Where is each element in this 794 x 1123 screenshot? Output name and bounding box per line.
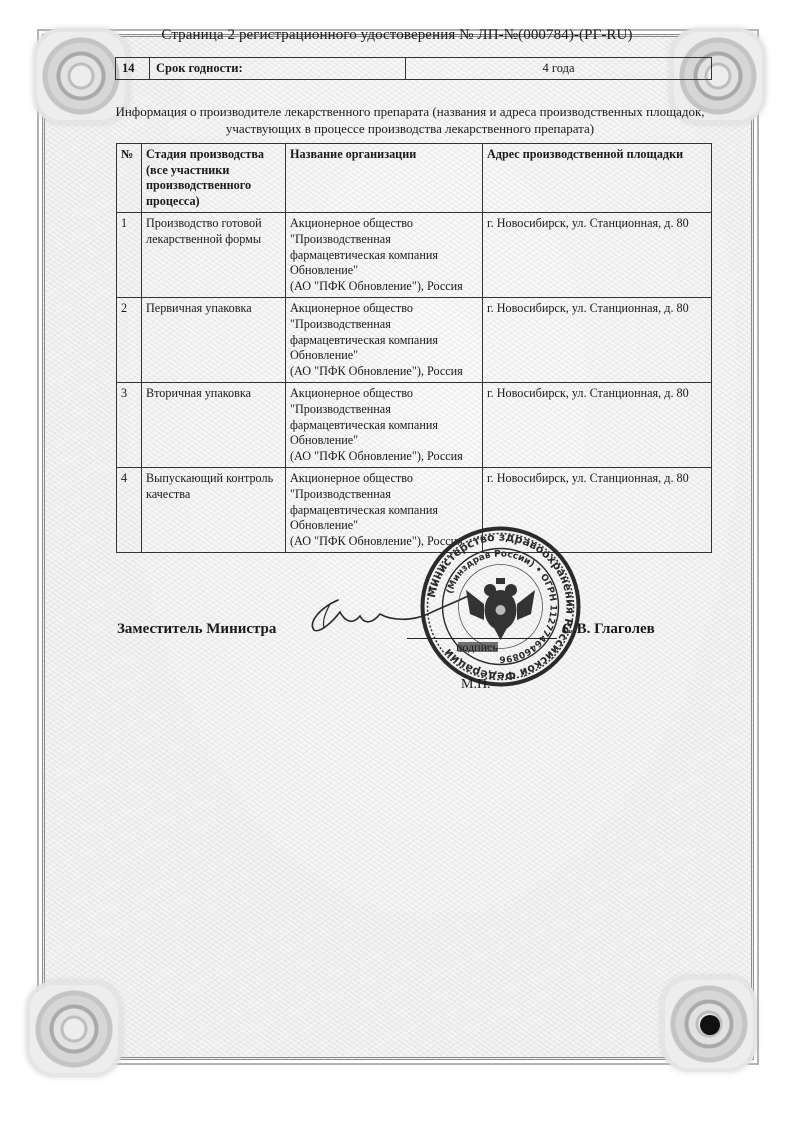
org-line: Обновление" [290,348,478,364]
org-line: фармацевтическая компания [290,248,478,264]
cell-stage: Первичная упаковка [142,298,286,383]
org-line: "Производственная [290,487,478,503]
caption-line: участвующих в процессе производства лека… [100,120,720,137]
table-row: 14 Срок годности: 4 года [116,58,712,80]
seal-place-mark: М.П. [461,677,491,693]
org-line: фармацевтическая компания [290,333,478,349]
cell-address: г. Новосибирск, ул. Станционная, д. 80 [483,213,712,298]
org-line: (АО "ПФК Обновление"), Россия [290,364,478,380]
cell-organization: Акционерное общество "Производственная ф… [286,213,483,298]
org-line: Акционерное общество [290,216,478,232]
official-seal-icon: Министерство здравоохранения Российской … [418,524,583,689]
cell-organization: Акционерное общество "Производственная ф… [286,383,483,468]
manufacturer-table: № Стадия производства (все участники про… [116,143,712,553]
page-title: Страница 2 регистрационного удостоверени… [0,27,794,44]
cell-address: г. Новосибирск, ул. Станционная, д. 80 [483,298,712,383]
org-line: Обновление" [290,433,478,449]
cell-stage: Производство готовой лекарственной формы [142,213,286,298]
column-header-address: Адрес производственной площадки [483,144,712,213]
shelf-life-table: 14 Срок годности: 4 года [115,57,712,80]
cell-organization: Акционерное общество "Производственная ф… [286,298,483,383]
corner-rosette-icon [665,980,753,1068]
org-line: "Производственная [290,317,478,333]
table-row: 2 Первичная упаковка Акционерное обществ… [117,298,712,383]
column-header-organization: Название организации [286,144,483,213]
signature-caption: подпись [456,640,498,655]
corner-rosette-icon [30,985,118,1073]
signatory-name: С.В. Глаголев [562,621,655,638]
cell-no: 1 [117,213,142,298]
manufacturer-info-caption: Информация о производителе лекарственног… [100,103,720,137]
org-line: "Производственная [290,402,478,418]
column-header-no: № [117,144,142,213]
table-row: 3 Вторичная упаковка Акционерное обществ… [117,383,712,468]
org-line: Акционерное общество [290,386,478,402]
org-line: (АО "ПФК Обновление"), Россия [290,279,478,295]
org-line: (АО "ПФК Обновление"), Россия [290,449,478,465]
row-number: 14 [116,58,150,80]
org-line: фармацевтическая компания [290,503,478,519]
table-row: 1 Производство готовой лекарственной фор… [117,213,712,298]
cell-stage: Выпускающий контроль качества [142,468,286,553]
caption-line: Информация о производителе лекарственног… [100,103,720,120]
punch-hole [700,1015,720,1035]
org-line: фармацевтическая компания [290,418,478,434]
cell-stage: Вторичная упаковка [142,383,286,468]
signatory-position: Заместитель Министра [117,621,276,638]
org-line: Обновление" [290,263,478,279]
cell-no: 3 [117,383,142,468]
cell-address: г. Новосибирск, ул. Станционная, д. 80 [483,383,712,468]
signature-line [407,638,557,639]
org-line: Акционерное общество [290,301,478,317]
shelf-life-label: Срок годности: [150,58,406,80]
column-header-stage: Стадия производства (все участники произ… [142,144,286,213]
shelf-life-value: 4 года [406,58,712,80]
org-line: "Производственная [290,232,478,248]
table-header-row: № Стадия производства (все участники про… [117,144,712,213]
cell-no: 4 [117,468,142,553]
org-line: Акционерное общество [290,471,478,487]
table-row: 4 Выпускающий контроль качества Акционер… [117,468,712,553]
cell-no: 2 [117,298,142,383]
